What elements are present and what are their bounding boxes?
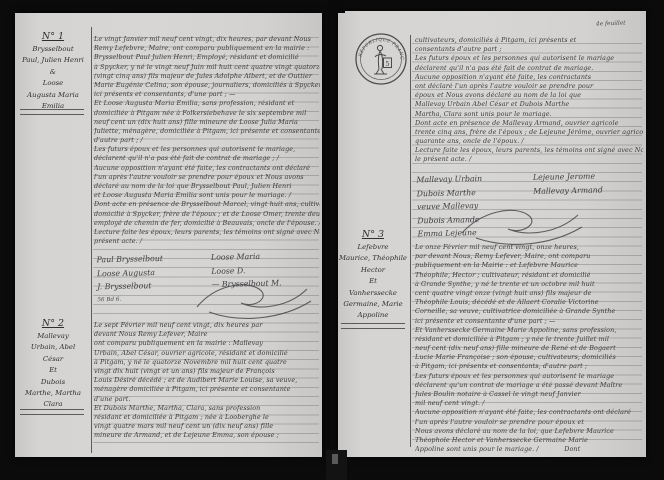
handwritten-line: publiquement en la Mairie : et Lefebvre … — [415, 261, 643, 270]
handwritten-line: déclarent qu'il n'a pas été fait de cont… — [415, 64, 643, 73]
binding-clip-top — [328, 0, 345, 13]
handwritten-line: & — [17, 67, 89, 78]
handwritten-line: quarante ans, oncle de l'époux. / — [415, 137, 643, 146]
handwritten-line: Appoline — [338, 310, 408, 321]
handwritten-line: devant Nous Remy Lefever, Maire — [94, 330, 320, 339]
handwritten-line: Loose — [17, 78, 89, 89]
handwritten-line: Mallevay Urbain Abel César et Dubois Mar… — [415, 100, 643, 109]
handwritten-line: et Loose Augusta Maria Emilia sont unis … — [94, 191, 320, 200]
handwritten-line: déclaré au nom de la loi que Brysselbout… — [94, 182, 320, 191]
handwritten-line: Théophole Hector et Vanherssecke Germain… — [415, 436, 643, 445]
handwritten-line: l'un après l'autre vouloir se prendre po… — [415, 418, 643, 427]
margin-note-act3: N° 3 LefebvreMaurice, ThéophileHectorEtV… — [338, 229, 408, 322]
handwritten-line: vingt quatre mars mil neuf cent un (dix … — [94, 422, 320, 431]
handwritten-line: Vanherssecke — [338, 288, 408, 299]
handwritten-line: Les futurs époux et les personnes qui au… — [415, 372, 643, 381]
act1-text: Le vingt Janvier mil neuf cent vingt, di… — [94, 35, 320, 246]
handwritten-line: Le sept Février mil neuf cent vingt, dix… — [94, 321, 320, 330]
handwritten-line: cent quatre vingt onze (vingt huit ans) … — [415, 289, 643, 298]
signature: Loose Maria — [211, 250, 260, 265]
handwritten-line: Lucie Marie Françoise ; son épouse, cult… — [415, 353, 643, 362]
handwritten-line: consentants d'autre part ; — [415, 45, 643, 54]
handwritten-line: domiciliée à Pitgam née à Folkersiebehav… — [94, 109, 320, 118]
handwritten-line: Appoline sont unis pour le mariage. / Do… — [415, 445, 643, 454]
signature: Loose D. — [211, 264, 245, 278]
handwritten-line: ici présents et consentants, d'une part … — [94, 90, 320, 99]
handwritten-line: Lecture faite les époux, leurs parents, … — [94, 228, 320, 237]
handwritten-line: (vingt cinq ans) fils majeur de Jules Ad… — [94, 72, 320, 81]
handwritten-line: le présent acte. / — [415, 155, 643, 164]
mayor-signature-flourish — [193, 279, 315, 321]
handwritten-line: domicilié à Spycker, frère de l'époux ; … — [94, 210, 320, 219]
act1-parties: BrysselboutPaul, Julien Henri&LooseAugus… — [17, 44, 89, 112]
margin-note-act1: N° 1 BrysselboutPaul, Julien Henri&Loose… — [17, 31, 89, 112]
act2-parties: MallevayUrbain, AbelCésarEtDuboisMarthe,… — [17, 331, 89, 411]
handwritten-line: Corneille, sa veuve, cultivatrice domici… — [415, 307, 643, 316]
handwritten-line: ont déclaré l'un après l'autre vouloir s… — [415, 82, 643, 91]
handwritten-line: trente cinq ans, frère de l'époux ; de L… — [415, 128, 643, 137]
handwritten-line: mil neuf cent vingt. / — [415, 399, 643, 408]
act-number: N° 1 — [17, 31, 89, 42]
handwritten-line: d'autre part ; / — [94, 136, 320, 145]
handwritten-line: Urbain, Abel César, ouvrier agricole, ré… — [94, 349, 320, 358]
handwritten-line: Dont acte en présence de Mallevay Armand… — [415, 119, 643, 128]
handwritten-line: Hector — [338, 265, 408, 276]
signature: Lejeune Jerome — [533, 170, 595, 185]
margin-rule — [91, 27, 92, 453]
handwritten-line: Et — [17, 365, 89, 376]
stamp-value: 5 — [385, 60, 389, 68]
handwritten-line: vingt dix huit (vingt et un ans) fils ma… — [94, 367, 320, 376]
folio-note: 4e feuillet — [596, 20, 626, 27]
handwritten-line: neuf cent (dix neuf ans) fille mineure d… — [415, 344, 643, 353]
handwritten-line: à Pitgam, y né le quatorze Novembre mil … — [94, 358, 320, 367]
handwritten-line: Le vingt Janvier mil neuf cent vingt, di… — [94, 35, 320, 44]
handwritten-line: Juliette, ménagère, domiciliée à Pitgam,… — [94, 127, 320, 136]
left-page: N° 1 BrysselboutPaul, Julien Henri&Loose… — [15, 13, 322, 457]
handwritten-line: Remy Lefebvre, Maire, ont comparu publiq… — [94, 44, 320, 53]
handwritten-line: ménagère domiciliée à Pitgam, ici présen… — [94, 385, 320, 394]
handwritten-line: Aucune opposition n'ayant été faite, les… — [415, 73, 643, 82]
handwritten-line: déclarent qu'il n'a pas été fait de cont… — [94, 154, 320, 163]
handwritten-line: ont comparu publiquement en la mairie : … — [94, 339, 320, 348]
handwritten-line: Les futurs époux et les personnes qui au… — [415, 54, 643, 63]
margin-divider — [20, 409, 84, 415]
handwritten-line: par devant Nous, Remy Lefever, Maire, on… — [415, 252, 643, 261]
handwritten-line: Marthe, Martha — [17, 388, 89, 399]
handwritten-line: Nous avons déclaré au nom de la loi, que… — [415, 427, 643, 436]
mayor-signature-flourish — [456, 203, 586, 247]
handwritten-line: à Spycker, y né le vingt neuf Juin mil h… — [94, 63, 320, 72]
handwritten-line: d'une part. — [94, 395, 320, 404]
handwritten-line: mineure de Armand, et de Lejeune Emma, s… — [94, 431, 320, 440]
handwritten-line: à Pitgam, ici présents et consentants, d… — [415, 362, 643, 371]
handwritten-line: Lefebvre — [338, 242, 408, 253]
handwritten-line: Brysselbout Paul Julien Henri, Employé, … — [94, 53, 320, 62]
handwritten-line: Dont acte en présence de Brysselbout Mar… — [94, 200, 320, 209]
handwritten-line: Et Vanherssecke Germaine Marie Appoline,… — [415, 326, 643, 335]
handwritten-line: l'un après l'autre vouloir se prendre po… — [94, 173, 320, 182]
handwritten-line: époux et Nous avons déclaré au nom de la… — [415, 91, 643, 100]
act3-parties: LefebvreMaurice, ThéophileHectorEtVanher… — [338, 242, 408, 322]
handwritten-line: Théophile, Hector ; cultivateur, résidan… — [415, 271, 643, 280]
handwritten-line: Urbain, Abel — [17, 342, 89, 353]
act-number: N° 3 — [338, 229, 408, 240]
signature: Mallevay Armand — [533, 183, 603, 198]
handwritten-line: Martha, Clara sont unis pour le mariage. — [415, 110, 643, 119]
handwritten-line: Et Loose Augusta Maria Emilia, sans prof… — [94, 99, 320, 108]
handwritten-line: Et Dubois Marthe, Martha, Clara, sans pr… — [94, 404, 320, 413]
handwritten-line: Mallevay — [17, 331, 89, 342]
handwritten-line: employé de chemin de fer, domicilié à Be… — [94, 219, 320, 228]
act2-text: Le sept Février mil neuf cent vingt, dix… — [94, 321, 320, 440]
handwritten-line: à Grande Synthe, y né le trente et un oc… — [415, 280, 643, 289]
act3-text: Le onze Février mil neuf cent vingt, onz… — [415, 243, 643, 454]
handwritten-line: résidant et domiciliée à Pitgam ; née à … — [94, 413, 320, 422]
handwritten-line: cultivateurs, domiciliés à Pitgam, ici p… — [415, 36, 643, 45]
handwritten-line: Aucune opposition n'ayant été faite, les… — [415, 408, 643, 417]
handwritten-line: ici présente et consentante d'une part ;… — [415, 317, 643, 326]
binding-clip-bottom — [326, 450, 347, 480]
margin-divider — [341, 323, 405, 329]
handwritten-line: Maurice, Théophile — [338, 253, 408, 264]
margin-rule — [410, 35, 411, 447]
handwritten-line: Louis Désiré décédé ; et de Audibert Mar… — [94, 376, 320, 385]
revenue-stamp: RÉPUBLIQUE FRANÇAISE 5 — [354, 32, 408, 86]
handwritten-line: Germaine, Marie — [338, 299, 408, 310]
handwritten-line: Dubois — [17, 377, 89, 388]
margin-divider — [20, 109, 84, 115]
margin-note-act2: N° 2 MallevayUrbain, AbelCésarEtDuboisMa… — [17, 318, 89, 411]
handwritten-line: Paul, Julien Henri — [17, 55, 89, 66]
handwritten-line: présent acte. / — [94, 237, 320, 246]
handwritten-line: Et — [338, 276, 408, 287]
handwritten-line: Théophile Louis, décédé et de Allaert Co… — [415, 298, 643, 307]
handwritten-line: Marie Eugénie Celina, son épouse, journa… — [94, 81, 320, 90]
handwritten-line: neuf cent un (dix huit ans) fille mineur… — [94, 118, 320, 127]
handwritten-line: Aucune opposition n'ayant été faite, les… — [94, 164, 320, 173]
registry-scan: { "scan": { "folio_note": "4e feuillet" … — [0, 0, 664, 480]
handwritten-line: Lecture faite les époux, leurs parents, … — [415, 146, 643, 155]
handwritten-line: Les futurs époux et les personnes qui au… — [94, 145, 320, 154]
handwritten-line: déclarent qu'un contrat de mariage a été… — [415, 381, 643, 390]
act-number: N° 2 — [17, 318, 89, 329]
handwritten-line: Brysselbout — [17, 44, 89, 55]
right-page: 4e feuillet RÉPUBLIQUE FRANÇAISE 5 culti… — [338, 11, 646, 457]
handwritten-line: Le onze Février mil neuf cent vingt, onz… — [415, 243, 643, 252]
act2-continuation-text: cultivateurs, domiciliés à Pitgam, ici p… — [415, 36, 643, 165]
handwritten-line: César — [17, 354, 89, 365]
handwritten-line: Jules Boulin notaire à Cassel le vingt n… — [415, 390, 643, 399]
handwritten-line: résidant et domiciliée à Pitgam ; y née … — [415, 335, 643, 344]
